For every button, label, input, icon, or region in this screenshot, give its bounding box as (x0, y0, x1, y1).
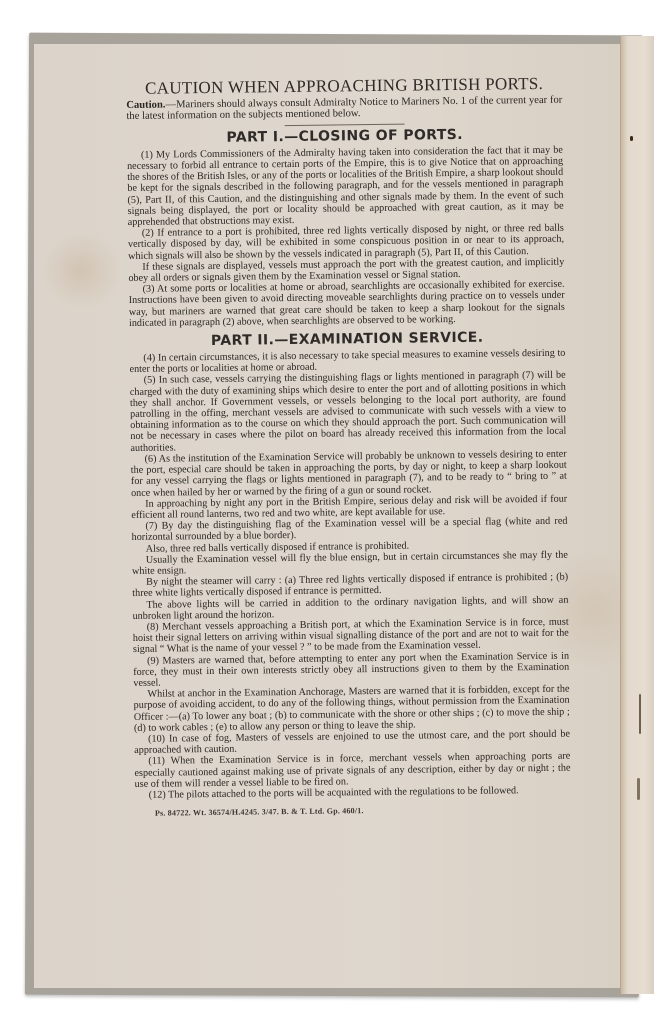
paragraph-6: (6) As the institution of the Examinatio… (131, 449, 568, 499)
caution-label: Caution. (126, 100, 165, 111)
paragraph-9-anchorage: Whilst at anchor in the Examination Anch… (133, 684, 570, 734)
ink-stain (630, 136, 633, 141)
paragraph-5: (5) In such case, vessels carrying the d… (130, 370, 567, 454)
paragraph-11: (11) When the Examination Service is in … (134, 751, 570, 790)
ink-stain (637, 778, 640, 800)
ink-stain (639, 694, 641, 734)
paragraph-8: (8) Merchant vessels approaching a Briti… (133, 617, 569, 656)
caution-text: —Mariners should always consult Admiralt… (126, 95, 562, 123)
paragraph-2: (2) If entrance to a port is prohibited,… (128, 223, 564, 262)
page-edge-flap (620, 36, 654, 994)
paragraph-3: (3) At some ports or localities at home … (128, 279, 565, 329)
paragraph-9: (9) Masters are warned that, before atte… (133, 650, 569, 689)
caution-note: Caution.—Mariners should always consult … (126, 95, 562, 123)
divider-rule (285, 123, 405, 125)
paragraph-1: (1) My Lords Commissioners of the Admira… (127, 144, 564, 228)
document-body: CAUTION WHEN APPROACHING BRITISH PORTS. … (126, 75, 571, 819)
